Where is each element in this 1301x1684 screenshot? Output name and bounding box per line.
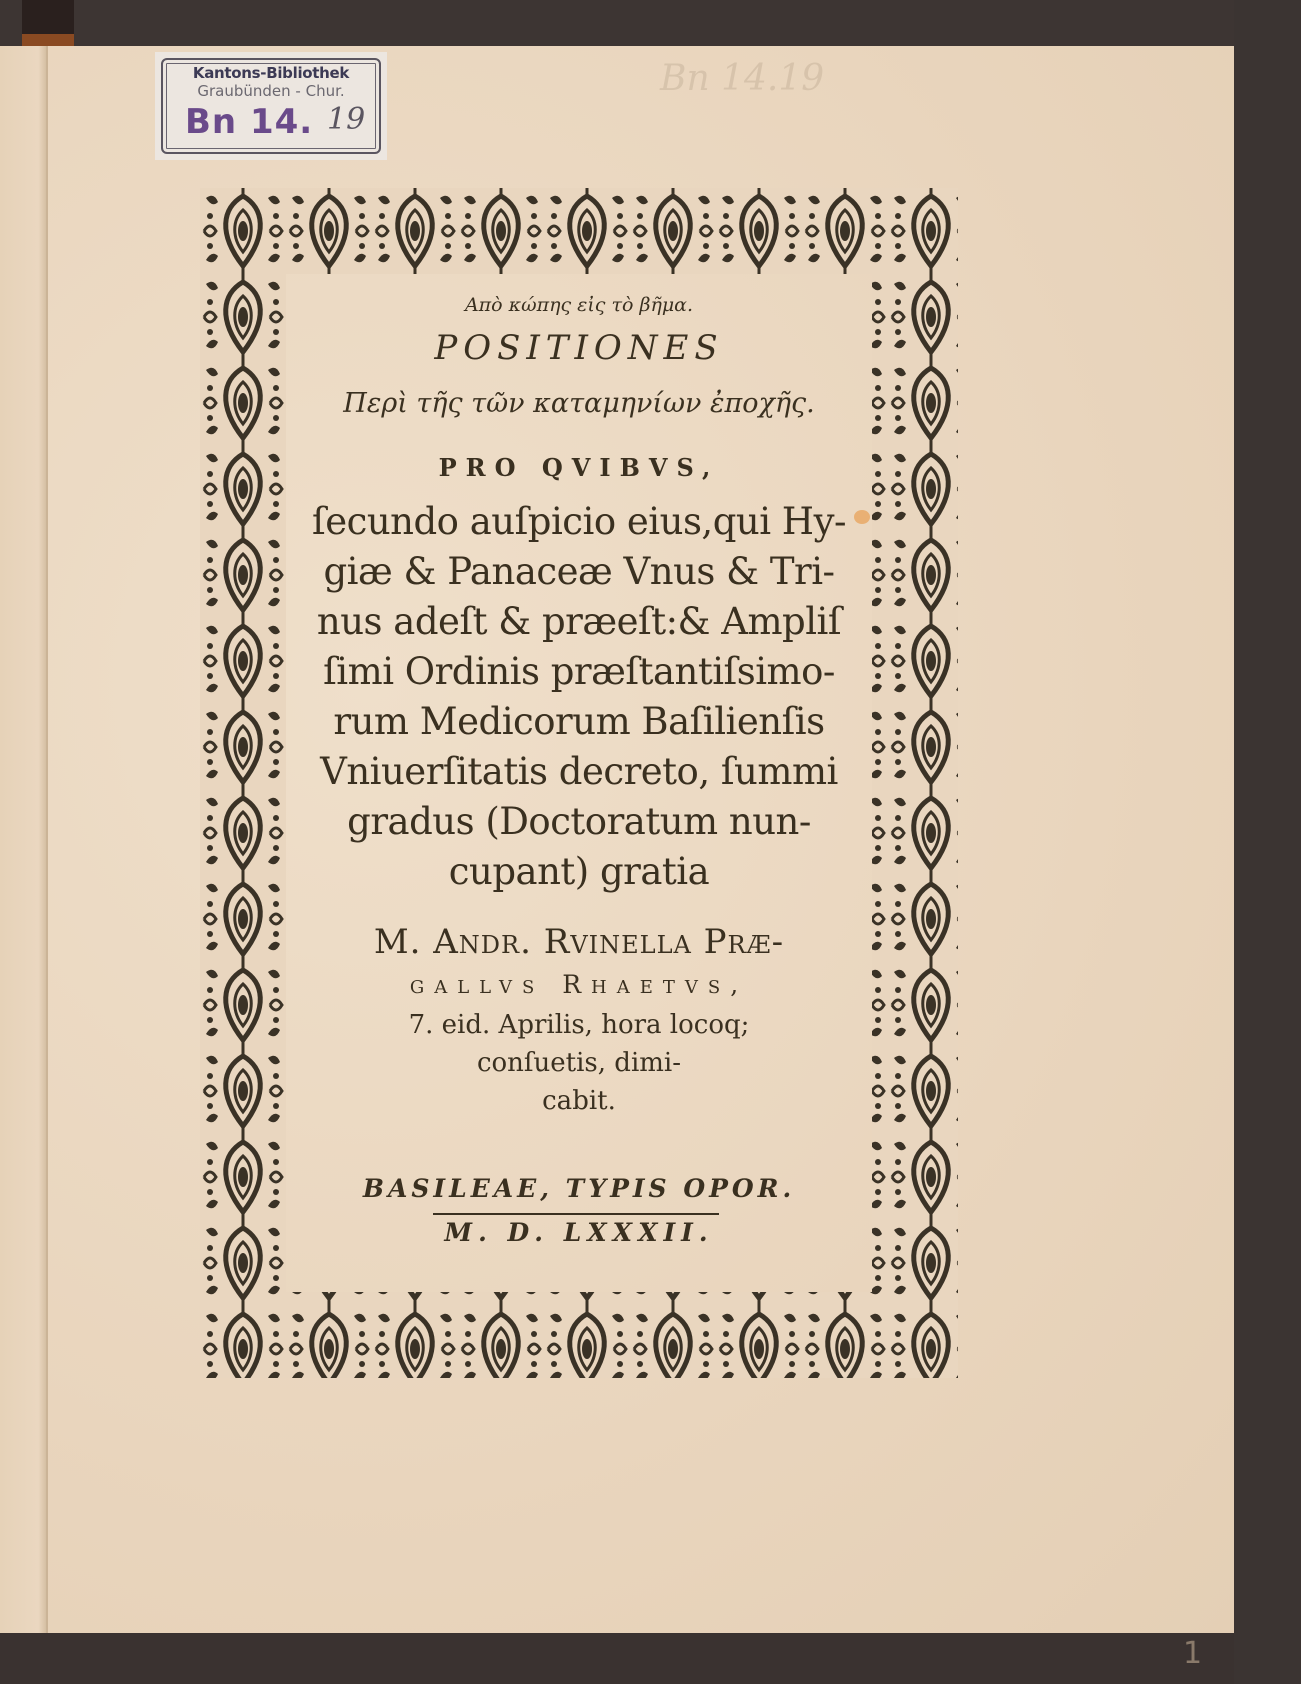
body-line: Vniuerſitatis decreto, ſummi: [286, 750, 872, 793]
paper-stain: [854, 510, 870, 524]
imprint-place: BASILEAE, TYPIS OPOR.: [286, 1174, 872, 1203]
title-heading: POSITIONES: [286, 328, 872, 368]
body-line: ſimi Ordinis præſtantiſsimo-: [286, 650, 872, 693]
date-line: cabit.: [286, 1086, 872, 1116]
pro-quibus-line: PRO QVIBVS,: [286, 453, 872, 482]
date-line: 7. eid. Aprilis, hora locoq;: [286, 1010, 872, 1040]
author-line-2: gallvs Rhaetvs,: [286, 970, 872, 999]
body-line: rum Medicorum Baſilienſis: [286, 700, 872, 743]
imprint-rule: [433, 1213, 719, 1215]
date-line: conſuetis, dimi-: [286, 1048, 872, 1078]
greek-motto: Απὸ κώπης εἰς τὸ βῆμα.: [286, 294, 872, 316]
greek-subtitle: Περὶ τῆς τῶν καταμηνίων ἐποχῆς.: [286, 388, 872, 419]
author-line-1: M. Andr. Rvinella Præ-: [286, 922, 872, 962]
body-line: ſecundo auſpicio eius,qui Hy-: [286, 500, 872, 543]
body-line: giæ & Panaceæ Vnus & Tri-: [286, 550, 872, 593]
body-line: nus adeſt & præeſt:& Ampliſ: [286, 600, 872, 643]
body-line: gradus (Doctoratum nun-: [286, 800, 872, 843]
title-text-block: Απὸ κώπης εἰς τὸ βῆμα. POSITIONES Περὶ τ…: [286, 228, 872, 1246]
body-line: cupant) gratia: [286, 850, 872, 893]
imprint-year: M. D. LXXXII.: [286, 1218, 872, 1247]
